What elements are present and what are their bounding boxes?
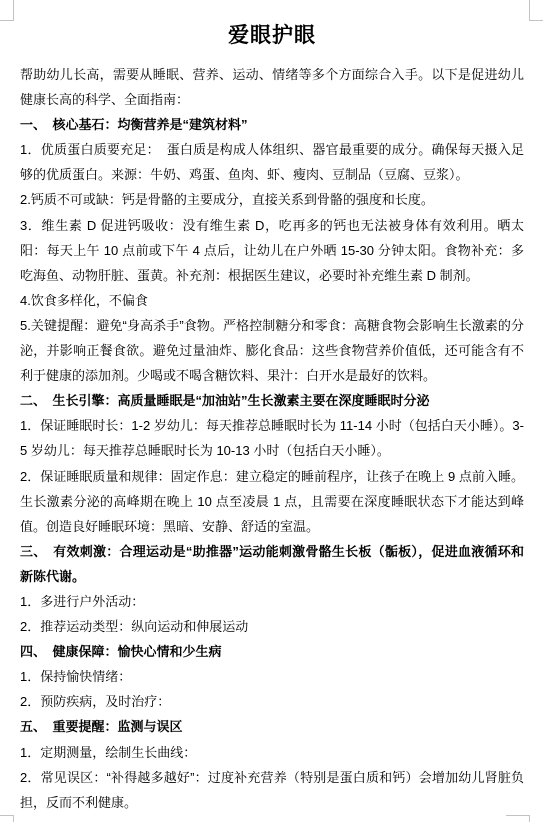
section-4-item-1: 1．保持愉快情绪： — [20, 664, 524, 689]
section-1-heading: 一、 核心基石：均衡营养是“建筑材料” — [20, 112, 524, 137]
section-3-heading: 三、 有效刺激：合理运动是“助推器”运动能刺激骨骼生长板（骺板），促进血液循环和… — [20, 539, 524, 589]
document-content: 爱眼护眼 帮助幼儿长高，需要从睡眠、营养、运动、情绪等多个方面综合入手。以下是促… — [20, 22, 524, 815]
intro-paragraph: 帮助幼儿长高，需要从睡眠、营养、运动、情绪等多个方面综合入手。以下是促进幼儿健康… — [20, 62, 524, 112]
crop-mark-top-right — [529, 0, 530, 20]
crop-mark-bottom-right — [506, 815, 530, 816]
section-2-item-2: 2．保证睡眠质量和规律：固定作息：建立稳定的睡前程序，让孩子在晚上 9 点前入睡… — [20, 464, 524, 539]
section-3-item-2: 2．推荐运动类型：纵向运动和伸展运动 — [20, 614, 524, 639]
section-2-item-1: 1．保证睡眠时长：1-2 岁幼儿：每天推荐总睡眠时长为 11-14 小时（包括白… — [20, 413, 524, 463]
document-page: 爱眼护眼 帮助幼儿长高，需要从睡眠、营养、运动、情绪等多个方面综合入手。以下是促… — [0, 0, 543, 822]
section-1-item-5: 5.关键提醒：避免“身高杀手”食物。严格控制糖分和零食：高糖食物会影响生长激素的… — [20, 313, 524, 388]
section-4-item-2: 2．预防疾病，及时治疗： — [20, 689, 524, 714]
document-title: 爱眼护眼 — [20, 22, 524, 48]
section-2-heading: 二、 生长引擎：高质量睡眠是“加油站”生长激素主要在深度睡眠时分泌 — [20, 388, 524, 413]
section-3-item-1: 1．多进行户外活动： — [20, 589, 524, 614]
section-1-item-3: 3．维生素 D 促进钙吸收：没有维生素 D，吃再多的钙也无法被身体有效利用。晒太… — [20, 213, 524, 288]
crop-mark-top-left — [0, 20, 14, 21]
section-1-item-4: 4.饮食多样化，不偏食 — [20, 288, 524, 313]
section-5-item-2: 2．常见误区：“补得越多越好”：过度补充营养（特别是蛋白质和钙）会增加幼儿肾脏负… — [20, 765, 524, 815]
section-1-item-1: 1．优质蛋白质要充足： 蛋白质是构成人体组织、器官最重要的成分。确保每天摄入足够… — [20, 137, 524, 187]
crop-mark-top-left — [13, 0, 14, 20]
crop-mark-top-right — [529, 20, 543, 21]
section-5-heading: 五、 重要提醒：监测与误区 — [20, 714, 524, 739]
crop-mark-bottom-left — [0, 815, 14, 816]
crop-mark-bottom-right — [529, 815, 530, 822]
section-1-item-2: 2.钙质不可或缺：钙是骨骼的主要成分，直接关系到骨骼的强度和长度。 — [20, 187, 524, 212]
section-4-heading: 四、 健康保障：愉快心情和少生病 — [20, 639, 524, 664]
section-5-item-1: 1．定期测量，绘制生长曲线： — [20, 740, 524, 765]
crop-mark-bottom-left — [13, 815, 14, 822]
document-body: 帮助幼儿长高，需要从睡眠、营养、运动、情绪等多个方面综合入手。以下是促进幼儿健康… — [20, 62, 524, 815]
